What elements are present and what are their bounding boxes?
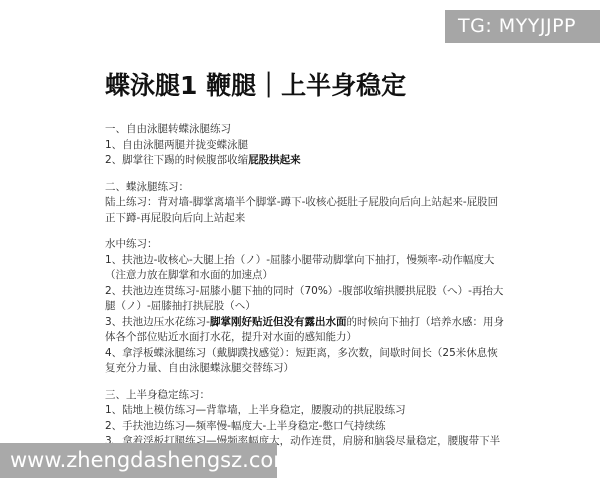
paragraph-line: 2、扶池边连贯练习-屈膝小腿下抽的同时（70%）-腹部收缩拱腰拱屁股（へ）-再抬… — [105, 284, 508, 315]
bold-text-segment: 屁股拱起来 — [248, 154, 301, 166]
document-page: TG: MYYJJPP 蝶泳腿1 鞭腿｜上半身稳定 一、自由泳腿转蝶泳腿练习1、… — [0, 0, 600, 480]
paragraph-line: 一、自由泳腿转蝶泳腿练习 — [105, 122, 508, 138]
paragraph-line: 4、拿浮板蝶泳腿练习（戴脚蹼找感觉）：短距离，多次数，间歇时间长（25米休息恢复… — [105, 346, 508, 377]
website-watermark-bar: www.zhengdashengsz.com — [0, 443, 277, 478]
text-segment: 3、扶池边压水花练习- — [105, 316, 210, 328]
page-title: 蝶泳腿1 鞭腿｜上半身稳定 — [105, 66, 508, 102]
paragraph-line: 1、扶池边-收核心-大腿上抬（ノ）-屈膝小腿带动脚掌向下抽打，慢频率-动作幅度大… — [105, 253, 508, 284]
text-segment: 三、上半身稳定练习： — [105, 389, 210, 401]
text-segment: 水中练习： — [105, 238, 158, 250]
paragraph-line: 三、上半身稳定练习： — [105, 388, 508, 404]
paragraph-line: 1、陆地上模仿练习—背靠墙，上半身稳定，腰腹动的拱屁股练习 — [105, 403, 508, 419]
paragraph-line: 二、蝶泳腿练习： — [105, 180, 508, 196]
text-segment: 4、拿浮板蝶泳腿练习（戴脚蹼找感觉）：短距离，多次数，间歇时间长（25米休息恢复… — [105, 347, 498, 375]
text-segment: 1、自由泳腿两腿并拢变蝶泳腿 — [105, 139, 248, 151]
text-segment: 2、脚掌往下踢的时候腹部收缩 — [105, 154, 248, 166]
section-block: 一、自由泳腿转蝶泳腿练习1、自由泳腿两腿并拢变蝶泳腿2、脚掌往下踢的时候腹部收缩… — [105, 122, 508, 169]
text-segment: 2、扶池边连贯练习-屈膝小腿下抽的同时（70%）-腹部收缩拱腰拱屁股（へ）-再抬… — [105, 285, 503, 313]
paragraph-line: 3、扶池边压水花练习-脚掌刚好贴近但没有露出水面的时候向下抽打（培养水感：用身体… — [105, 315, 508, 346]
text-segment: 1、陆地上模仿练习—背靠墙，上半身稳定，腰腹动的拱屁股练习 — [105, 404, 406, 416]
paragraph-line: 2、脚掌往下踢的时候腹部收缩屁股拱起来 — [105, 153, 508, 169]
text-segment: 一、自由泳腿转蝶泳腿练习 — [105, 123, 231, 135]
paragraph-line: 陆上练习：背对墙-脚掌离墙半个脚掌-蹲下-收核心挺肚子屁股向后向上站起来-屁股回… — [105, 195, 508, 226]
paragraph-line: 2、手扶池边练习—频率慢-幅度大-上半身稳定-憋口气持续练 — [105, 419, 508, 435]
document-body: 一、自由泳腿转蝶泳腿练习1、自由泳腿两腿并拢变蝶泳腿2、脚掌往下踢的时候腹部收缩… — [105, 122, 508, 465]
paragraph-line: 1、自由泳腿两腿并拢变蝶泳腿 — [105, 138, 508, 154]
paragraph-line: 水中练习： — [105, 237, 508, 253]
document-content: 蝶泳腿1 鞭腿｜上半身稳定 一、自由泳腿转蝶泳腿练习1、自由泳腿两腿并拢变蝶泳腿… — [105, 66, 508, 476]
bold-text-segment: 脚掌刚好贴近但没有露出水面 — [210, 316, 347, 328]
section-block: 水中练习：1、扶池边-收核心-大腿上抬（ノ）-屈膝小腿带动脚掌向下抽打，慢频率-… — [105, 237, 508, 377]
text-segment: 2、手扶池边练习—频率慢-幅度大-上半身稳定-憋口气持续练 — [105, 420, 386, 432]
text-segment: 1、扶池边-收核心-大腿上抬（ノ）-屈膝小腿带动脚掌向下抽打，慢频率-动作幅度大… — [105, 254, 494, 282]
section-block: 二、蝶泳腿练习：陆上练习：背对墙-脚掌离墙半个脚掌-蹲下-收核心挺肚子屁股向后向… — [105, 180, 508, 227]
text-segment: 二、蝶泳腿练习： — [105, 181, 189, 193]
telegram-watermark-badge: TG: MYYJJPP — [445, 10, 600, 43]
text-segment: 陆上练习：背对墙-脚掌离墙半个脚掌-蹲下-收核心挺肚子屁股向后向上站起来-屁股回… — [105, 196, 498, 224]
